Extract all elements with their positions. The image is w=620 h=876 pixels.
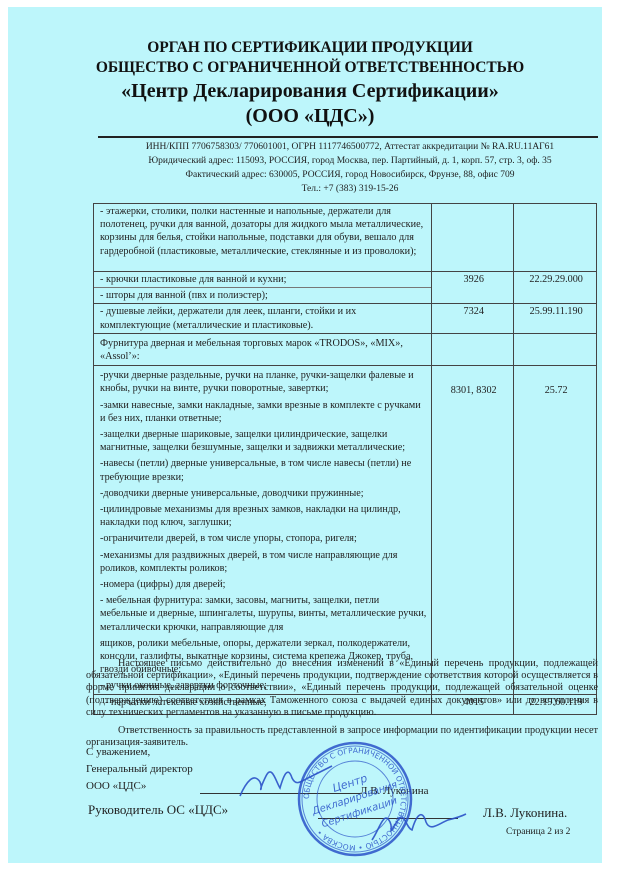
head-name: Л.В. Луконина.	[483, 806, 567, 820]
okpd-code: 25.72	[514, 366, 597, 694]
tnved-code: 7324	[432, 304, 514, 333]
head-title: Руководитель ОС «ЦДС»	[88, 803, 228, 817]
product-line: -ограничители дверей, в том числе упоры,…	[100, 532, 427, 545]
product-line: -цилиндровые механизмы для врезных замко…	[100, 503, 427, 529]
product-line: -ручки дверные раздельные, ручки на план…	[100, 369, 427, 395]
product-description: - крючки пластиковые для ванной и кухни;…	[94, 272, 432, 304]
product-line: -защелки дверные шариковые, защелки цили…	[100, 428, 427, 454]
product-line: -доводчики дверные универсальные, доводч…	[100, 487, 427, 500]
greeting: С уважением,	[86, 745, 150, 759]
okpd-code	[514, 333, 597, 365]
inn-ogrn-line: ИНН/КПП 7706758303/ 770601001, ОГРН 1117…	[100, 140, 600, 154]
org-name: «Центр Декларирования Сертификации»	[0, 79, 620, 103]
table-row: -ручки дверные раздельные, ручки на план…	[94, 366, 597, 694]
actual-address: Фактический адрес: 630005, РОССИЯ, город…	[100, 168, 600, 182]
letterhead: ОРГАН ПО СЕРТИФИКАЦИИ ПРОДУКЦИИ ОБЩЕСТВО…	[0, 38, 620, 129]
tnved-code	[432, 333, 514, 365]
org-short-name: (ООО «ЦДС»)	[0, 103, 620, 129]
validity-paragraph: Настоящее письмо действительно до внесен…	[86, 658, 598, 719]
header-divider	[98, 136, 598, 138]
product-line: Фурнитура дверная и мебельная торговых м…	[100, 337, 427, 363]
product-line: -навесы (петли) дверные универсальные, в…	[100, 457, 427, 483]
table-row: - крючки пластиковые для ванной и кухни;…	[94, 272, 597, 304]
product-description: - этажерки, столики, полки настенные и н…	[94, 204, 432, 272]
okpd-code: 22.29.29.000	[514, 272, 597, 304]
table-row: - душевые лейки, держатели для леек, шла…	[94, 304, 597, 333]
tnved-code: 8301, 8302	[432, 366, 514, 694]
product-line: - этажерки, столики, полки настенные и н…	[100, 205, 427, 258]
phone: Тел.: +7 (383) 319-15-26	[100, 182, 600, 196]
product-line: - мебельная фурнитура: замки, засовы, ма…	[100, 594, 427, 634]
product-line: -замки навесные, замки накладные, замки …	[100, 399, 427, 425]
director-signature-icon	[236, 752, 336, 800]
product-line: -номера (цифры) для дверей;	[100, 578, 427, 591]
products-table: - этажерки, столики, полки настенные и н…	[93, 203, 597, 715]
requisites: ИНН/КПП 7706758303/ 770601001, ОГРН 1117…	[100, 140, 600, 196]
product-description: -ручки дверные раздельные, ручки на план…	[94, 366, 432, 694]
tnved-code	[432, 204, 514, 272]
okpd-code: 25.99.11.190	[514, 304, 597, 333]
product-line: - крючки пластиковые для ванной и кухни;	[100, 273, 427, 286]
head-signature-icon	[368, 800, 468, 844]
tnved-code: 3926	[432, 272, 514, 304]
product-line: -механизмы для раздвижных дверей, в том …	[100, 549, 427, 575]
product-line: - шторы для ванной (пвх и полиэстер);	[94, 287, 431, 302]
page-number: Страница 2 из 2	[506, 827, 570, 837]
org-legal-form: ОБЩЕСТВО С ОГРАНИЧЕННОЙ ОТВЕТСТВЕННОСТЬЮ	[0, 58, 620, 78]
org-body-title: ОРГАН ПО СЕРТИФИКАЦИИ ПРОДУКЦИИ	[0, 38, 620, 58]
director-title: Генеральный директор	[86, 762, 193, 776]
okpd-code	[514, 204, 597, 272]
product-line: - душевые лейки, держатели для леек, шла…	[100, 305, 427, 331]
letter-body: Настоящее письмо действительно до внесен…	[86, 658, 598, 749]
category-heading: Фурнитура дверная и мебельная торговых м…	[94, 333, 432, 365]
product-description: - душевые лейки, держатели для леек, шла…	[94, 304, 432, 333]
legal-address: Юридический адрес: 115093, РОССИЯ, город…	[100, 154, 600, 168]
table-row: Фурнитура дверная и мебельная торговых м…	[94, 333, 597, 365]
table-row: - этажерки, столики, полки настенные и н…	[94, 204, 597, 272]
director-company: ООО «ЦДС»	[86, 779, 146, 793]
